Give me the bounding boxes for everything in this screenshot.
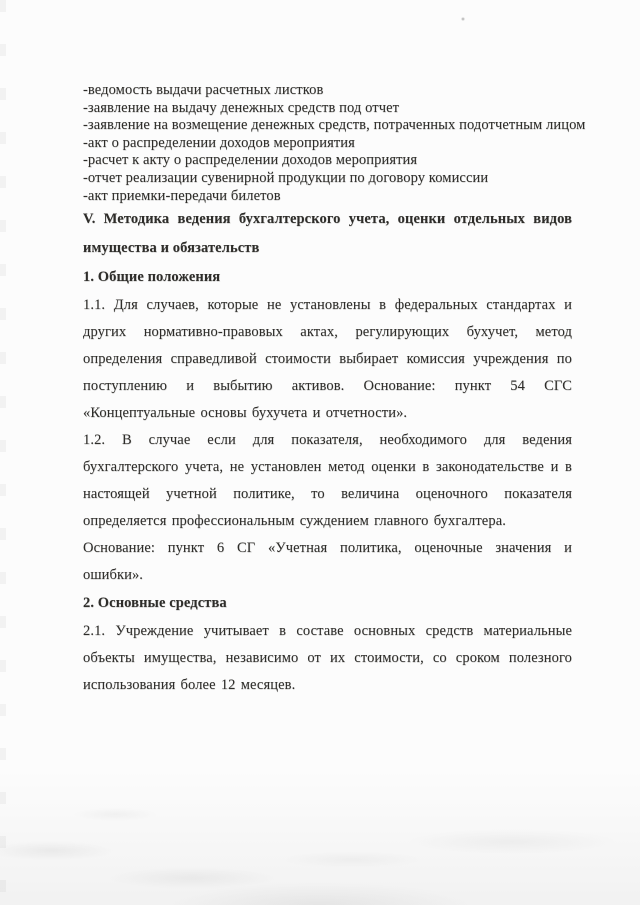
list-item: -расчет к акту о распределении доходов м… — [83, 152, 572, 170]
subsection-1-heading: 1. Общие положения — [83, 263, 572, 292]
document-content: -ведомость выдачи расчетных листков -зая… — [83, 82, 572, 699]
paragraph-2-1: 2.1. Учреждение учитывает в составе осно… — [83, 618, 572, 699]
scan-speck — [458, 14, 468, 24]
list-item: -акт о распределении доходов мероприятия — [83, 135, 572, 153]
list-item: -заявление на возмещение денежных средст… — [83, 117, 572, 135]
list-item: -отчет реализации сувенирной продукции п… — [83, 170, 572, 188]
list-item: -акт приемки-передачи билетов — [83, 188, 572, 206]
list-item: -заявление на выдачу денежных средств по… — [83, 100, 572, 118]
list-item: -ведомость выдачи расчетных листков — [83, 82, 572, 100]
scan-edge-streaks — [0, 0, 6, 905]
paragraph-1-1: 1.1. Для случаев, которые не установлены… — [83, 292, 572, 427]
scanned-document-page: -ведомость выдачи расчетных листков -зая… — [0, 0, 640, 905]
subsection-2-heading: 2. Основные средства — [83, 589, 572, 618]
paragraph-1-2: 1.2. В случае если для показателя, необх… — [83, 427, 572, 535]
paragraph-1-2-basis: Основание: пункт 6 СГ «Учетная политика,… — [83, 535, 572, 589]
section-v-heading: V. Методика ведения бухгалтерского учета… — [83, 205, 572, 263]
